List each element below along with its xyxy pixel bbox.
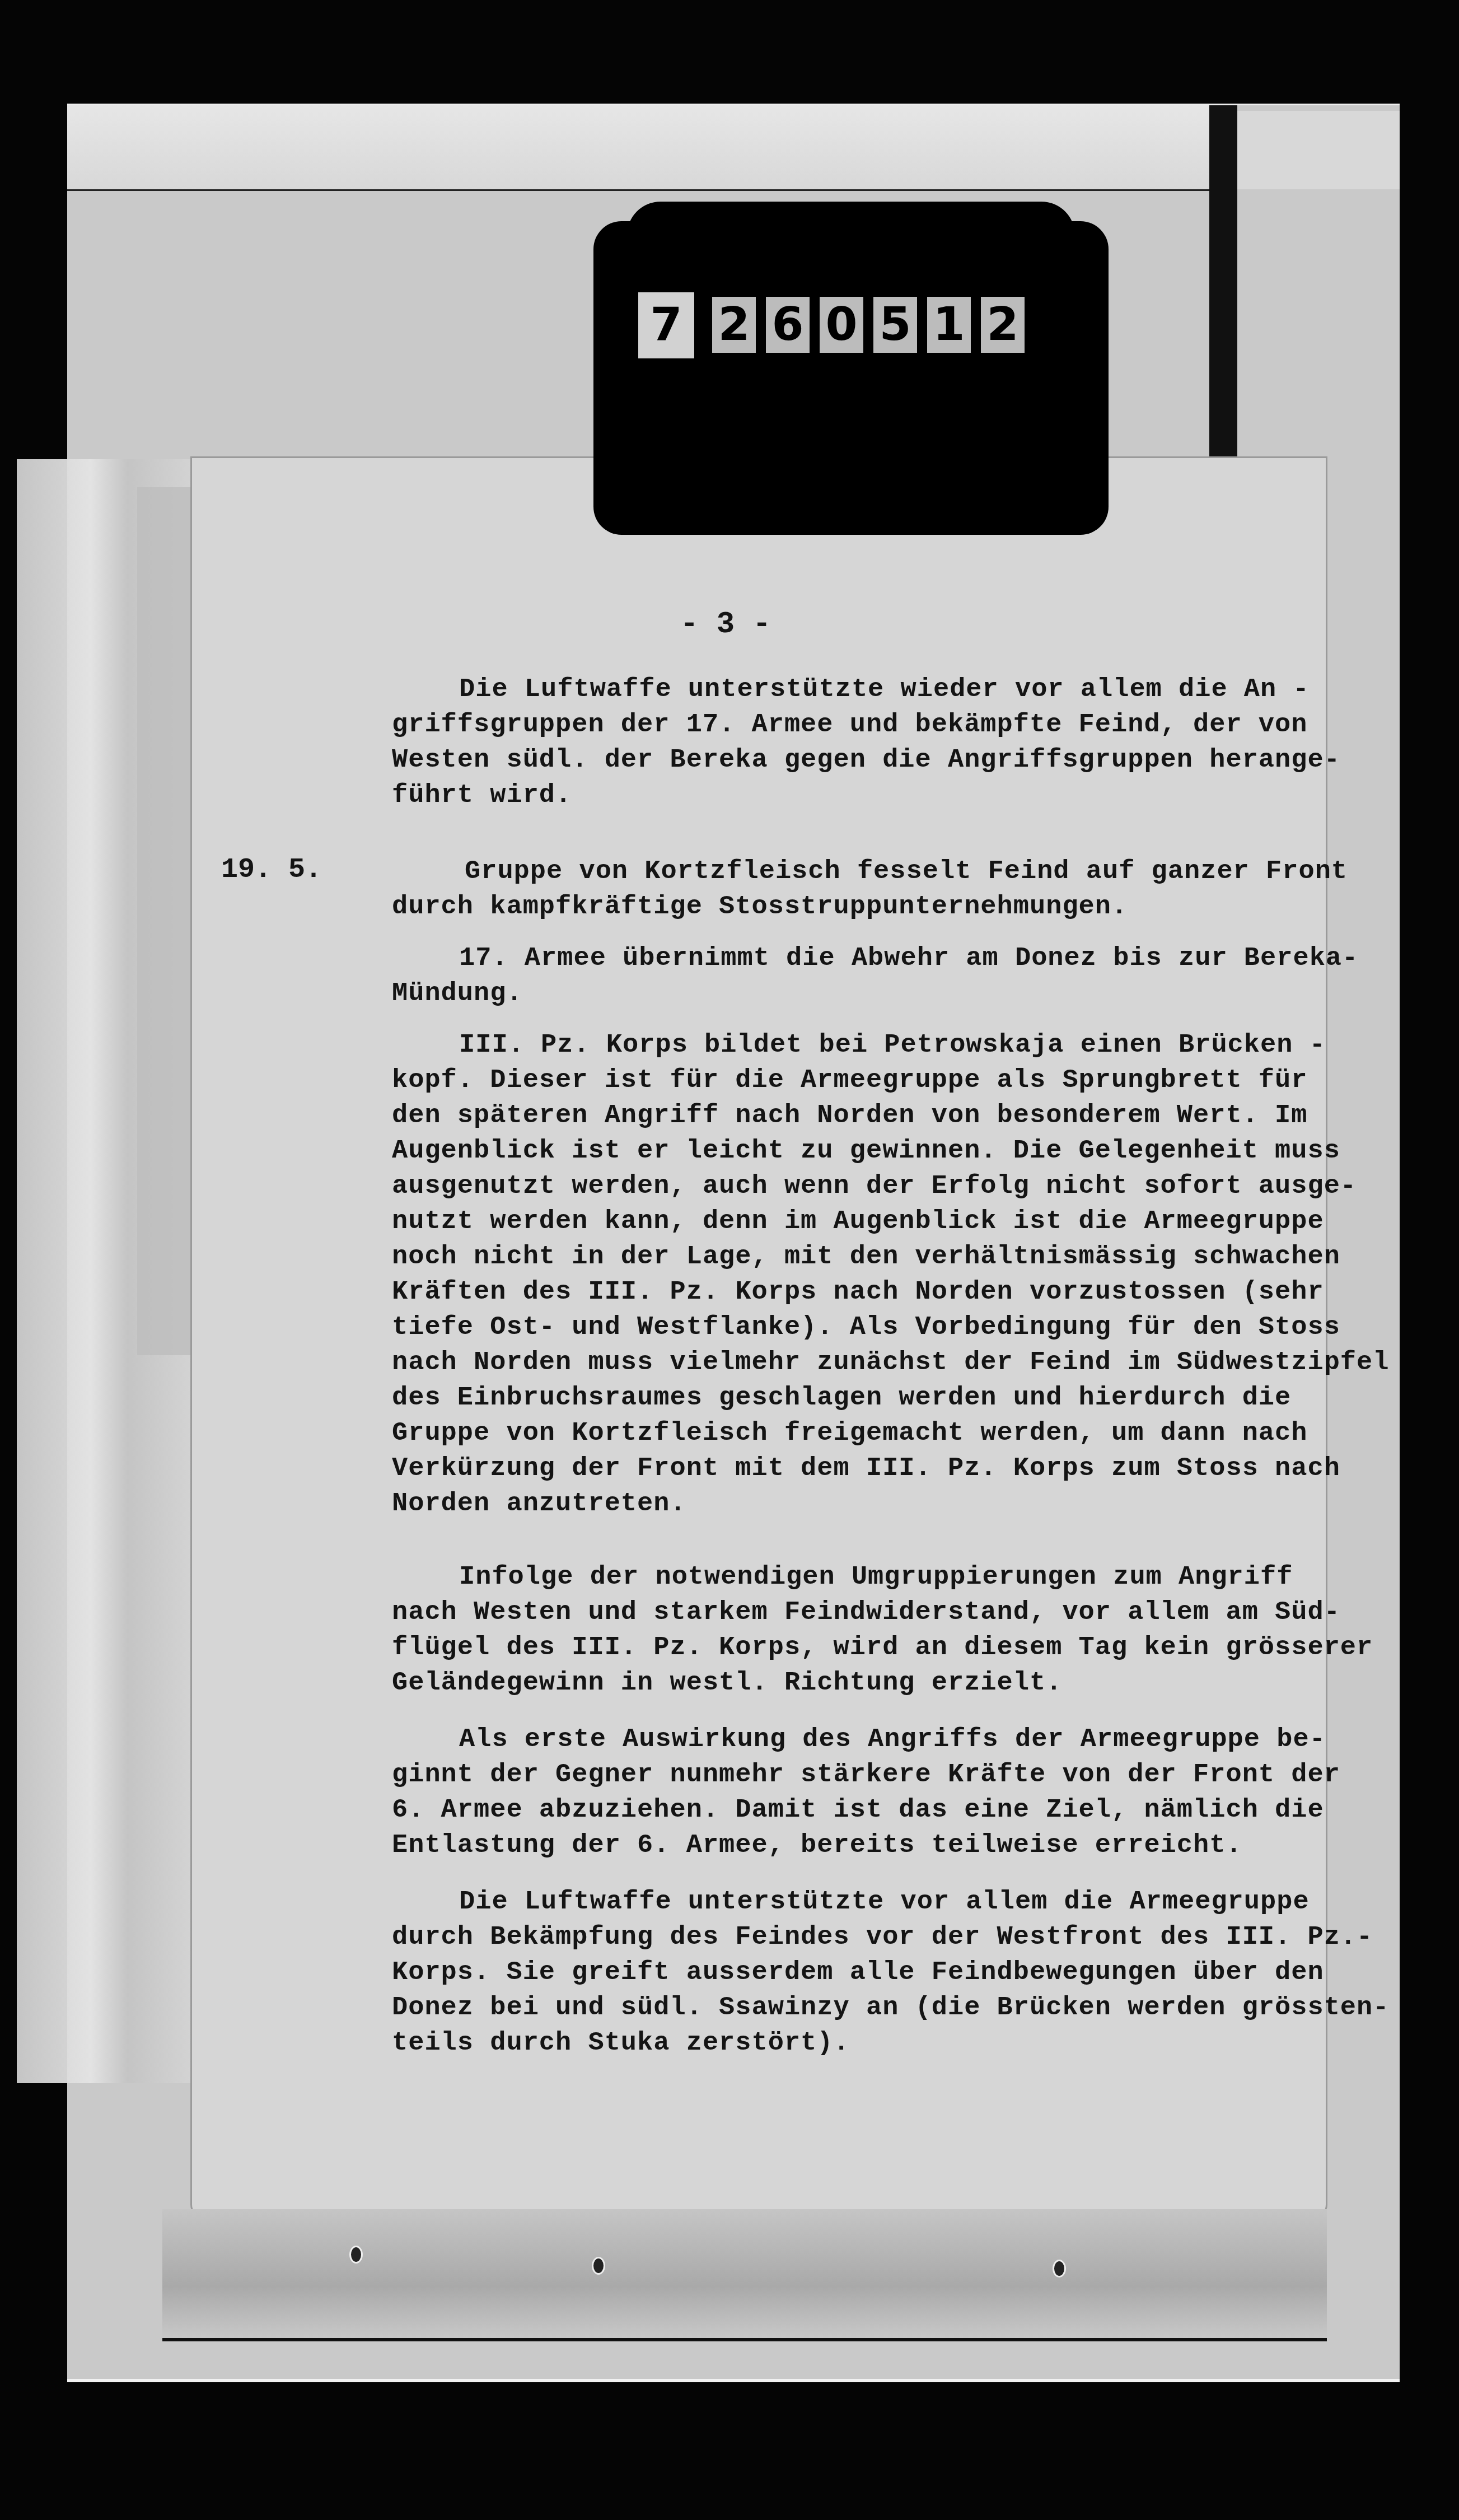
text-line: nach Westen und starkem Feindwiderstand,… bbox=[392, 1598, 1340, 1627]
text-line: Mündung. bbox=[392, 979, 523, 1009]
text-line: Kräften des III. Pz. Korps nach Norden v… bbox=[392, 1277, 1324, 1307]
text-line: 6. Armee abzuziehen. Damit ist das eine … bbox=[392, 1795, 1324, 1825]
text-line: des Einbruchsraumes geschlagen werden un… bbox=[392, 1383, 1291, 1413]
frame-digit: 5 bbox=[873, 297, 917, 353]
text-line: teils durch Stuka zerstört). bbox=[392, 2028, 850, 2058]
text-line: III. Pz. Korps bildet bei Petrowskaja ei… bbox=[459, 1030, 1326, 1060]
text-line: Die Luftwaffe unterstützte wieder vor al… bbox=[459, 675, 1310, 704]
text-line: Korps. Sie greift ausserdem alle Feindbe… bbox=[392, 1958, 1324, 1987]
entry-date: 19. 5. bbox=[221, 854, 322, 886]
text-line: nach Norden muss vielmehr zunächst der F… bbox=[392, 1348, 1389, 1378]
frame-digit: 6 bbox=[766, 297, 810, 353]
frame-counter-digits: 7 2 6 0 5 1 2 bbox=[638, 297, 1025, 358]
text-line: Gruppe von Kortzfleisch fesselt Feind au… bbox=[465, 857, 1348, 886]
text-line: den späteren Angriff nach Norden von bes… bbox=[392, 1101, 1307, 1131]
text-line: Verkürzung der Front mit dem III. Pz. Ko… bbox=[392, 1454, 1340, 1483]
reel-digit: 7 bbox=[638, 292, 694, 358]
text-line: 17. Armee übernimmt die Abwehr am Donez … bbox=[459, 944, 1358, 973]
text-line: Gruppe von Kortzfleisch freigemacht werd… bbox=[392, 1418, 1307, 1448]
punch-hole-icon bbox=[349, 2246, 363, 2264]
text-line: Infolge der notwendigen Umgruppierungen … bbox=[459, 1562, 1293, 1592]
punch-hole-icon bbox=[592, 2257, 605, 2275]
frame-counter bbox=[593, 221, 1109, 535]
text-line: Augenblick ist er leicht zu gewinnen. Di… bbox=[392, 1136, 1340, 1166]
frame-digit: 2 bbox=[712, 297, 756, 353]
text-line: Die Luftwaffe unterstützte vor allem die… bbox=[459, 1887, 1310, 1917]
text-line: Geländegewinn in westl. Richtung erzielt… bbox=[392, 1668, 1062, 1698]
page-bottom-edge bbox=[162, 2209, 1327, 2341]
text-line: Norden anzutreten. bbox=[392, 1489, 686, 1519]
board-top-strip-right bbox=[1237, 111, 1400, 189]
text-line: ginnt der Gegner nunmehr stärkere Kräfte… bbox=[392, 1760, 1340, 1790]
frame-digit: 1 bbox=[927, 297, 971, 353]
frame-digit: 2 bbox=[981, 297, 1025, 353]
text-line: noch nicht in der Lage, mit den verhältn… bbox=[392, 1242, 1340, 1272]
text-line: Entlastung der 6. Armee, bereits teilwei… bbox=[392, 1831, 1242, 1860]
board-top-strip bbox=[67, 105, 1215, 191]
text-line: Donez bei und südl. Ssawinzy an (die Brü… bbox=[392, 1993, 1389, 2023]
frame-digit: 0 bbox=[820, 297, 863, 353]
text-line: kopf. Dieser ist für die Armeegruppe als… bbox=[392, 1066, 1307, 1095]
text-line: durch kampfkräftige Stosstruppunternehmu… bbox=[392, 892, 1128, 922]
text-line: nutzt werden kann, denn im Augenblick is… bbox=[392, 1207, 1324, 1236]
page-number: - 3 - bbox=[680, 608, 771, 642]
text-line: ausgenutzt werden, auch wenn der Erfolg … bbox=[392, 1172, 1357, 1201]
punch-hole-icon bbox=[1053, 2260, 1066, 2278]
text-line: Als erste Auswirkung des Angriffs der Ar… bbox=[459, 1725, 1326, 1754]
text-line: Westen südl. der Bereka gegen die Angrif… bbox=[392, 745, 1340, 775]
text-line: durch Bekämpfung des Feindes vor der Wes… bbox=[392, 1922, 1373, 1952]
text-line: griffsgruppen der 17. Armee und bekämpft… bbox=[392, 710, 1307, 740]
text-line: führt wird. bbox=[392, 781, 572, 810]
text-line: tiefe Ost- und Westflanke). Als Vorbedin… bbox=[392, 1313, 1340, 1342]
text-line: flügel des III. Pz. Korps, wird an diese… bbox=[392, 1633, 1373, 1663]
